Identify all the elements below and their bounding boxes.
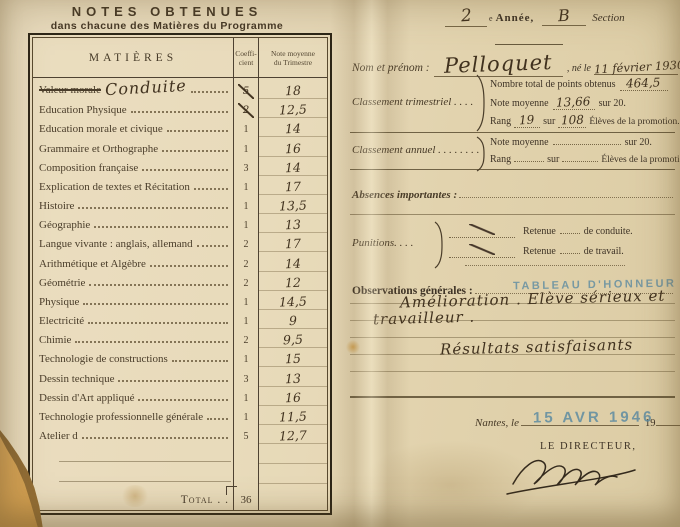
table-row: Education Physique212,5 [33,99,327,118]
coefficient-value: 2 [243,105,249,116]
subject-handwritten-correction: Conduite [105,78,188,99]
section-value-handwritten: B [558,6,571,26]
subjects-rows: Valeur moraleConduite518Education Physiq… [33,78,327,444]
note-value-handwritten: 17 [285,238,301,251]
dotted-leader [191,91,228,93]
annee-label: Année, [496,12,535,24]
dotted-leader [172,360,228,362]
dotted-leader [75,341,228,343]
note-cell: 13 [259,214,327,233]
name-label: Nom et prénom : [352,62,430,74]
note-value-handwritten: 14 [285,123,301,136]
coefficient-cell: 1 [233,137,259,156]
coefficient-cell: 1 [233,214,259,233]
absences-blank-line [350,214,675,215]
subject-cell: Chimie [33,334,233,348]
note-value-handwritten: 14 [285,257,301,270]
note-cell: 14,5 [259,291,327,310]
note-value-handwritten: 12,5 [279,104,307,117]
note-cell: 14 [259,118,327,137]
table-row: Explication de textes et Récitation117 [33,176,327,195]
rang-value-handwritten: 19 [519,113,535,128]
coefficient-value: 5 [243,86,249,97]
brace-punitions [433,221,445,269]
table-row: Dessin d'Art appliqué116 [33,387,327,406]
observation-handwritten-2: travailleur . [373,308,476,329]
eleves-promotion-label: Élèves de la promotion. [589,117,679,127]
classement-trimestriel-label: Classement trimestriel . . . . [352,96,473,108]
subject-label: Technologie professionnelle générale [39,411,203,423]
coefficient-value: 1 [244,201,249,212]
table-row: Technologie professionnelle générale111,… [33,406,327,425]
note-cell: 17 [259,233,327,252]
coefficient-cell: 3 [233,157,259,176]
coefficient-value: 1 [244,354,249,365]
coefficient-value: 3 [244,163,249,174]
table-row: Electricité19 [33,310,327,329]
dotted-leader [78,207,228,209]
coefficient-value: 1 [244,182,249,193]
note-value-handwritten: 16 [285,142,301,155]
subject-label: Dessin technique [39,373,114,385]
punitions-label: Punitions. . . . [352,237,413,249]
subject-label: Electricité [39,315,84,327]
note-cell: 9 [259,310,327,329]
subject-label: Grammaire et Orthographe [39,143,158,155]
handwritten-check-mark [469,224,495,235]
note-value-handwritten: 12 [285,276,301,289]
observation-handwritten-3: Résultats satisfaisants [440,335,634,358]
table-header: MATIÈRES Coeffi- cient Note moyenne du T… [33,38,327,78]
retenue-travail-line: Retenue de travail. [449,244,624,258]
blank-row [33,444,327,464]
rang-line: Rang 19 sur 108 Élèves de la promotion. [490,113,680,128]
right-page: 2 e Année, B Section Nom et prénom : Pel… [345,0,680,527]
col-header-coefficient: Coeffi- cient [233,38,259,77]
city-label: Nantes, le [475,417,519,429]
total-label: Total . . [33,494,233,510]
points-label: Nombre total de points obtenus [490,79,616,90]
table-row: Grammaire et Orthographe116 [33,137,327,156]
coefficient-value: 1 [244,316,249,327]
dotted-leader [194,188,228,190]
section-divider [350,169,675,170]
col-header-matieres: MATIÈRES [33,38,233,77]
blank-row [33,464,327,484]
table-row: Valeur moraleConduite518 [33,78,327,99]
note-cell: 12,7 [259,425,327,444]
subject-cell: Géométrie [33,277,233,291]
coefficient-value: 1 [244,393,249,404]
dotted-leader [138,399,228,401]
table-row: Physique114,5 [33,291,327,310]
year-value-handwritten: 2 [460,6,472,27]
coefficient-cell: 3 [233,367,259,386]
note-value-handwritten: 12,7 [279,430,307,443]
subject-cell: Atelier d [33,430,233,444]
identity-line: Nom et prénom : Pelloquet , né le 11 fév… [352,52,678,77]
note-cell: 13 [259,367,327,386]
note-value-handwritten: 13 [285,219,301,232]
coefficient-cell: 1 [233,348,259,367]
subject-cell: Physique [33,296,233,310]
subject-label: Atelier d [39,430,78,442]
coefficient-value: 1 [244,144,249,155]
note-value-handwritten: 13,5 [279,200,307,213]
punitions-blank-line [465,265,625,266]
dotted-leader [162,150,228,152]
sur-label: sur [543,116,555,127]
coefficient-cell: 2 [233,329,259,348]
dotted-leader [118,380,228,382]
table-row: Education morale et civique114 [33,118,327,137]
coefficient-cell: 1 [233,387,259,406]
retenue-conduite-line: Retenue de conduite. [449,224,633,238]
subject-label: Histoire [39,200,74,212]
note-cell: 11,5 [259,406,327,425]
subject-label: Langue vivante : anglais, allemand [39,238,193,250]
year-section-line: 2 e Année, B Section [445,6,625,27]
rang-label: Rang [490,116,511,127]
subject-cell: Explication de textes et Récitation [33,181,233,195]
handwritten-check-mark [469,244,495,255]
grades-table: MATIÈRES Coeffi- cient Note moyenne du T… [28,33,332,515]
subject-label: Education Physique [39,104,127,116]
points-value-handwritten: 464,5 [626,75,661,90]
name-value-handwritten: Pelloquet [444,50,553,78]
coefficient-cell: 2 [233,99,259,118]
section-label: Section [592,12,624,24]
coefficient-value: 2 [244,259,249,270]
subject-label: Explication de textes et Récitation [39,181,190,193]
coefficient-value: 1 [244,297,249,308]
note-value-handwritten: 14,5 [279,295,307,308]
subject-cell: Valeur moraleConduite [33,78,233,99]
birthdate-handwritten: 11 février 1930 [594,58,680,77]
note-value-handwritten: 9,5 [283,334,303,347]
subject-cell: Composition française [33,162,233,176]
coefficient-cell: 1 [233,310,259,329]
note-value-handwritten: 16 [285,391,301,404]
subject-cell: Electricité [33,315,233,329]
coefficient-cell: 5 [233,425,259,444]
note-value-handwritten: 18 [285,85,301,98]
coefficient-cell: 1 [233,291,259,310]
dotted-leader [197,245,228,247]
note-cell: 12,5 [259,99,327,118]
subject-cell: Technologie professionnelle générale [33,411,233,425]
note-value-handwritten: 9 [289,315,297,327]
table-row: Géographie113 [33,214,327,233]
subject-label: Education morale et civique [39,123,163,135]
dotted-leader [131,111,228,113]
col-header-note-moyenne: Note moyenne du Trimestre [259,38,327,77]
subject-cell: Arithmétique et Algèbre [33,258,233,272]
table-row: Langue vivante : anglais, allemand217 [33,233,327,252]
rang-total-handwritten: 108 [561,113,584,128]
report-card-scan: NOTES OBTENUES dans chacune des Matières… [0,0,680,527]
note-cell: 14 [259,157,327,176]
born-label: , né le [567,63,591,74]
page-subtitle: dans chacune des Matières du Programme [22,20,312,32]
dotted-leader [94,226,228,228]
table-row: Arithmétique et Algèbre214 [33,252,327,271]
absences-label: Absences importantes : [352,189,457,201]
divider-short [495,44,563,45]
total-row: Total . . 36 [33,484,327,510]
table-row: Technologie de constructions115 [33,348,327,367]
subject-label: Physique [39,296,79,308]
note-cell: 18 [259,78,327,99]
note-moyenne-value-handwritten: 13,66 [556,94,591,109]
note-cell: 9,5 [259,329,327,348]
director-signature [503,450,643,501]
subject-cell: Géographie [33,219,233,233]
subject-label: Chimie [39,334,71,346]
note-moyenne-label: Note moyenne [490,98,549,109]
coefficient-cell: 1 [233,118,259,137]
note-cell: 15 [259,348,327,367]
coefficient-value: 5 [244,431,249,442]
total-value: 36 [233,484,259,510]
note-moyenne-line: Note moyenne 13,66 sur 20. [490,95,626,110]
coefficient-cell: 5 [233,78,259,99]
dotted-leader [88,322,228,324]
date-stamp: 15 AVR 1946 [533,408,655,426]
subject-label: Géographie [39,219,90,231]
coefficient-cell: 1 [233,176,259,195]
coefficient-cell: 1 [233,195,259,214]
dotted-leader [207,418,228,420]
subject-cell: Dessin d'Art appliqué [33,392,233,406]
coefficient-value: 3 [244,374,249,385]
subject-cell: Histoire [33,200,233,214]
note-cell: 16 [259,387,327,406]
coefficient-cell: 1 [233,406,259,425]
absences-line: Absences importantes : [352,189,675,201]
coefficient-cell: 2 [233,233,259,252]
table-row: Chimie29,5 [33,329,327,348]
note-value-handwritten: 15 [285,353,301,366]
subject-label: Dessin d'Art appliqué [39,392,134,404]
subject-cell: Dessin technique [33,373,233,387]
coefficient-value: 1 [244,412,249,423]
coefficient-value: 2 [244,239,249,250]
note-value-handwritten: 13 [285,372,301,385]
sur-20-label: sur 20. [599,98,626,109]
subject-cell: Technologie de constructions [33,353,233,367]
subject-label: Géométrie [39,277,85,289]
coefficient-cell: 2 [233,272,259,291]
dotted-leader [82,437,228,439]
points-line: Nombre total de points obtenus 464,5 [490,76,668,91]
section-divider [350,132,675,133]
coefficient-value: 1 [244,124,249,135]
coefficient-value: 1 [244,220,249,231]
dotted-leader [142,169,228,171]
subject-cell: Langue vivante : anglais, allemand [33,238,233,252]
subject-cell: Grammaire et Orthographe [33,143,233,157]
subject-label: Technologie de constructions [39,353,168,365]
footer-divider [350,396,675,398]
coefficient-cell: 2 [233,252,259,271]
coefficient-value: 2 [244,278,249,289]
annuel-rang-line: Rang sur Élèves de la promotion. [490,154,680,165]
annuel-note-line: Note moyenne sur 20. [490,137,652,148]
note-cell: 12 [259,272,327,291]
table-row: Histoire113,5 [33,195,327,214]
brace-annuel [475,136,487,172]
dotted-leader [150,265,228,267]
note-value-handwritten: 11,5 [279,410,307,423]
brace-trimestriel [475,74,487,132]
dotted-leader [83,303,228,305]
table-row: Atelier d512,7 [33,425,327,444]
note-cell: 17 [259,176,327,195]
subject-label: Arithmétique et Algèbre [39,258,146,270]
table-row: Géométrie212 [33,272,327,291]
note-value-handwritten: 14 [285,161,301,174]
dotted-leader [89,284,228,286]
note-cell: 13,5 [259,195,327,214]
note-cell: 14 [259,252,327,271]
classement-annuel-label: Classement annuel . . . . . . . . [352,144,479,156]
coefficient-value: 2 [244,335,249,346]
note-value-handwritten: 17 [285,181,301,194]
dotted-leader [167,130,228,132]
page-title: NOTES OBTENUES [22,4,312,19]
note-cell: 16 [259,137,327,156]
subject-label: Valeur morale [39,84,101,96]
subject-cell: Education Physique [33,104,233,118]
subject-cell: Education morale et civique [33,123,233,137]
table-row: Composition française314 [33,157,327,176]
subject-label: Composition française [39,162,138,174]
table-row: Dessin technique313 [33,367,327,386]
